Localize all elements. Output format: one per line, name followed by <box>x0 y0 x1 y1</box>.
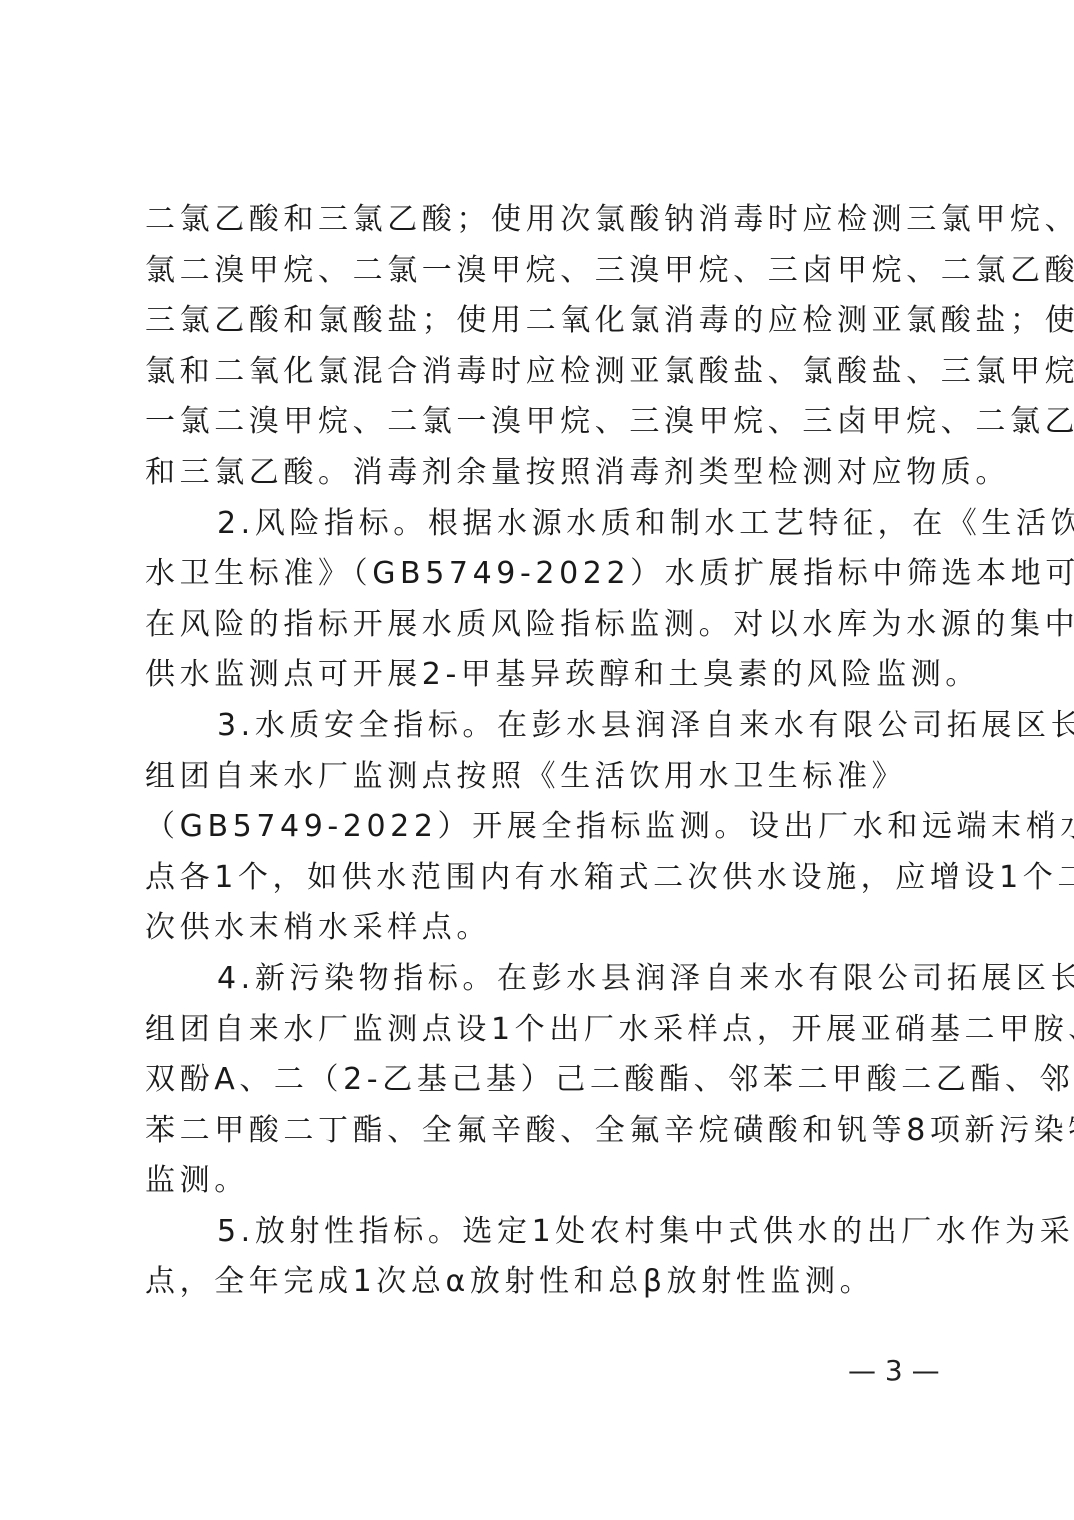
text-line: 三氯乙酸和氯酸盐；使用二氧化氯消毒的应检测亚氯酸盐；使用 <box>145 296 945 347</box>
text-line: 供水监测点可开展2-甲基异莰醇和土臭素的风险监测。 <box>145 650 945 701</box>
text-line: 组团自来水厂监测点设1个出厂水采样点，开展亚硝基二甲胺、 <box>145 1005 945 1056</box>
text-line: 次供水末梢水采样点。 <box>145 903 945 954</box>
text-line: 二氯乙酸和三氯乙酸；使用次氯酸钠消毒时应检测三氯甲烷、一 <box>145 195 945 246</box>
page-number: — 3 — <box>848 1354 948 1387</box>
paragraph-new-pollutant-indicators: 4.新污染物指标。在彭水县润泽自来水有限公司拓展区长滩 组团自来水厂监测点设1个… <box>145 954 945 1207</box>
text-line: 苯二甲酸二丁酯、全氟辛酸、全氟辛烷磺酸和钒等8项新污染物 <box>145 1106 945 1157</box>
text-line: （GB5749-2022）开展全指标监测。设出厂水和远端末梢水采样 <box>145 802 945 853</box>
text-line: 点，全年完成1次总α放射性和总β放射性监测。 <box>145 1257 945 1308</box>
text-line: 和三氯乙酸。消毒剂余量按照消毒剂类型检测对应物质。 <box>145 448 945 499</box>
text-line: 氯二溴甲烷、二氯一溴甲烷、三溴甲烷、三卤甲烷、二氯乙酸、 <box>145 246 945 297</box>
paragraph-first-line: 5.放射性指标。选定1处农村集中式供水的出厂水作为采样 <box>145 1207 945 1258</box>
paragraph-radioactivity-indicators: 5.放射性指标。选定1处农村集中式供水的出厂水作为采样 点，全年完成1次总α放射… <box>145 1207 945 1308</box>
paragraph-first-line: 2.风险指标。根据水源水质和制水工艺特征，在《生活饮用 <box>145 499 945 550</box>
text-line: 组团自来水厂监测点按照《生活饮用水卫生标准》 <box>145 752 945 803</box>
text-line: 在风险的指标开展水质风险指标监测。对以水库为水源的集中式 <box>145 600 945 651</box>
text-line: 水卫生标准》（GB5749-2022）水质扩展指标中筛选本地可能存 <box>145 549 945 600</box>
paragraph-first-line: 4.新污染物指标。在彭水县润泽自来水有限公司拓展区长滩 <box>145 954 945 1005</box>
paragraph-disinfection-byproducts: 二氯乙酸和三氯乙酸；使用次氯酸钠消毒时应检测三氯甲烷、一 氯二溴甲烷、二氯一溴甲… <box>145 195 945 499</box>
text-line: 氯和二氧化氯混合消毒时应检测亚氯酸盐、氯酸盐、三氯甲烷、 <box>145 347 945 398</box>
document-body: 二氯乙酸和三氯乙酸；使用次氯酸钠消毒时应检测三氯甲烷、一 氯二溴甲烷、二氯一溴甲… <box>145 195 945 1308</box>
text-line: 双酚A、二（2-乙基己基）己二酸酯、邻苯二甲酸二乙酯、邻 <box>145 1055 945 1106</box>
text-line: 点各1个，如供水范围内有水箱式二次供水设施，应增设1个二 <box>145 853 945 904</box>
paragraph-risk-indicators: 2.风险指标。根据水源水质和制水工艺特征，在《生活饮用 水卫生标准》（GB574… <box>145 499 945 701</box>
text-line: 一氯二溴甲烷、二氯一溴甲烷、三溴甲烷、三卤甲烷、二氯乙酸 <box>145 397 945 448</box>
text-line: 监测。 <box>145 1156 945 1207</box>
paragraph-water-safety-indicators: 3.水质安全指标。在彭水县润泽自来水有限公司拓展区长滩 组团自来水厂监测点按照《… <box>145 701 945 954</box>
paragraph-first-line: 3.水质安全指标。在彭水县润泽自来水有限公司拓展区长滩 <box>145 701 945 752</box>
